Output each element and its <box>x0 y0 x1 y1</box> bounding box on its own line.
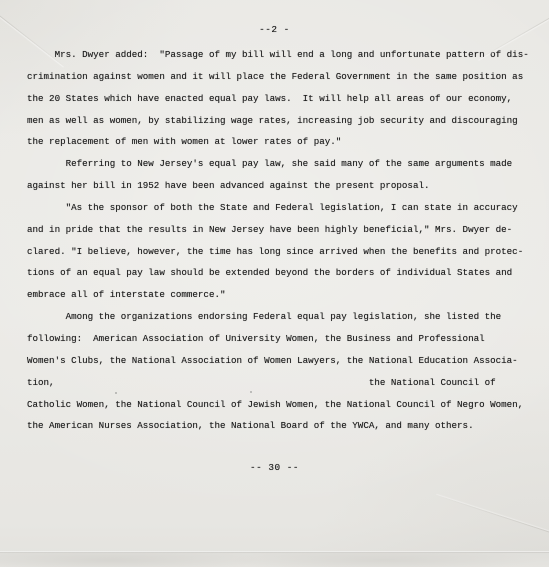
text-line: Catholic Women, the National Council of … <box>27 394 539 416</box>
text-line: clared. "I believe, however, the time ha… <box>27 241 539 263</box>
end-of-release-mark: -- 30 -- <box>0 458 549 478</box>
text-line: Among the organizations endorsing Federa… <box>27 306 539 328</box>
erased-text-remnant <box>115 392 117 394</box>
paper-crease <box>436 495 549 539</box>
erased-text-remnant <box>250 391 252 393</box>
text-line: against her bill in 1952 have been advan… <box>27 175 539 197</box>
text-line: following: American Association of Unive… <box>27 328 539 350</box>
text-line: the 20 States which have enacted equal p… <box>27 88 539 110</box>
text-line: embrace all of interstate commerce." <box>27 284 539 306</box>
text-line: Mrs. Dwyer added: "Passage of my bill wi… <box>27 44 539 66</box>
text-line: tion, the National Council of <box>27 372 539 394</box>
text-line: tions of an equal pay law should be exte… <box>27 262 539 284</box>
scanned-document-page: --2 - Mrs. Dwyer added: "Passage of my b… <box>0 0 549 567</box>
text-line: Referring to New Jersey's equal pay law,… <box>27 153 539 175</box>
text-line: crimination against women and it will pl… <box>27 66 539 88</box>
text-line: the replacement of men with women at low… <box>27 131 539 153</box>
text-line: and in pride that the results in New Jer… <box>27 219 539 241</box>
page-number: --2 - <box>0 24 549 35</box>
paper-fold-shadow <box>0 553 549 567</box>
text-line: "As the sponsor of both the State and Fe… <box>27 197 539 219</box>
document-body: Mrs. Dwyer added: "Passage of my bill wi… <box>27 44 539 437</box>
text-line: the American Nurses Association, the Nat… <box>27 415 539 437</box>
text-line: men as well as women, by stabilizing wag… <box>27 110 539 132</box>
text-line: Women's Clubs, the National Association … <box>27 350 539 372</box>
